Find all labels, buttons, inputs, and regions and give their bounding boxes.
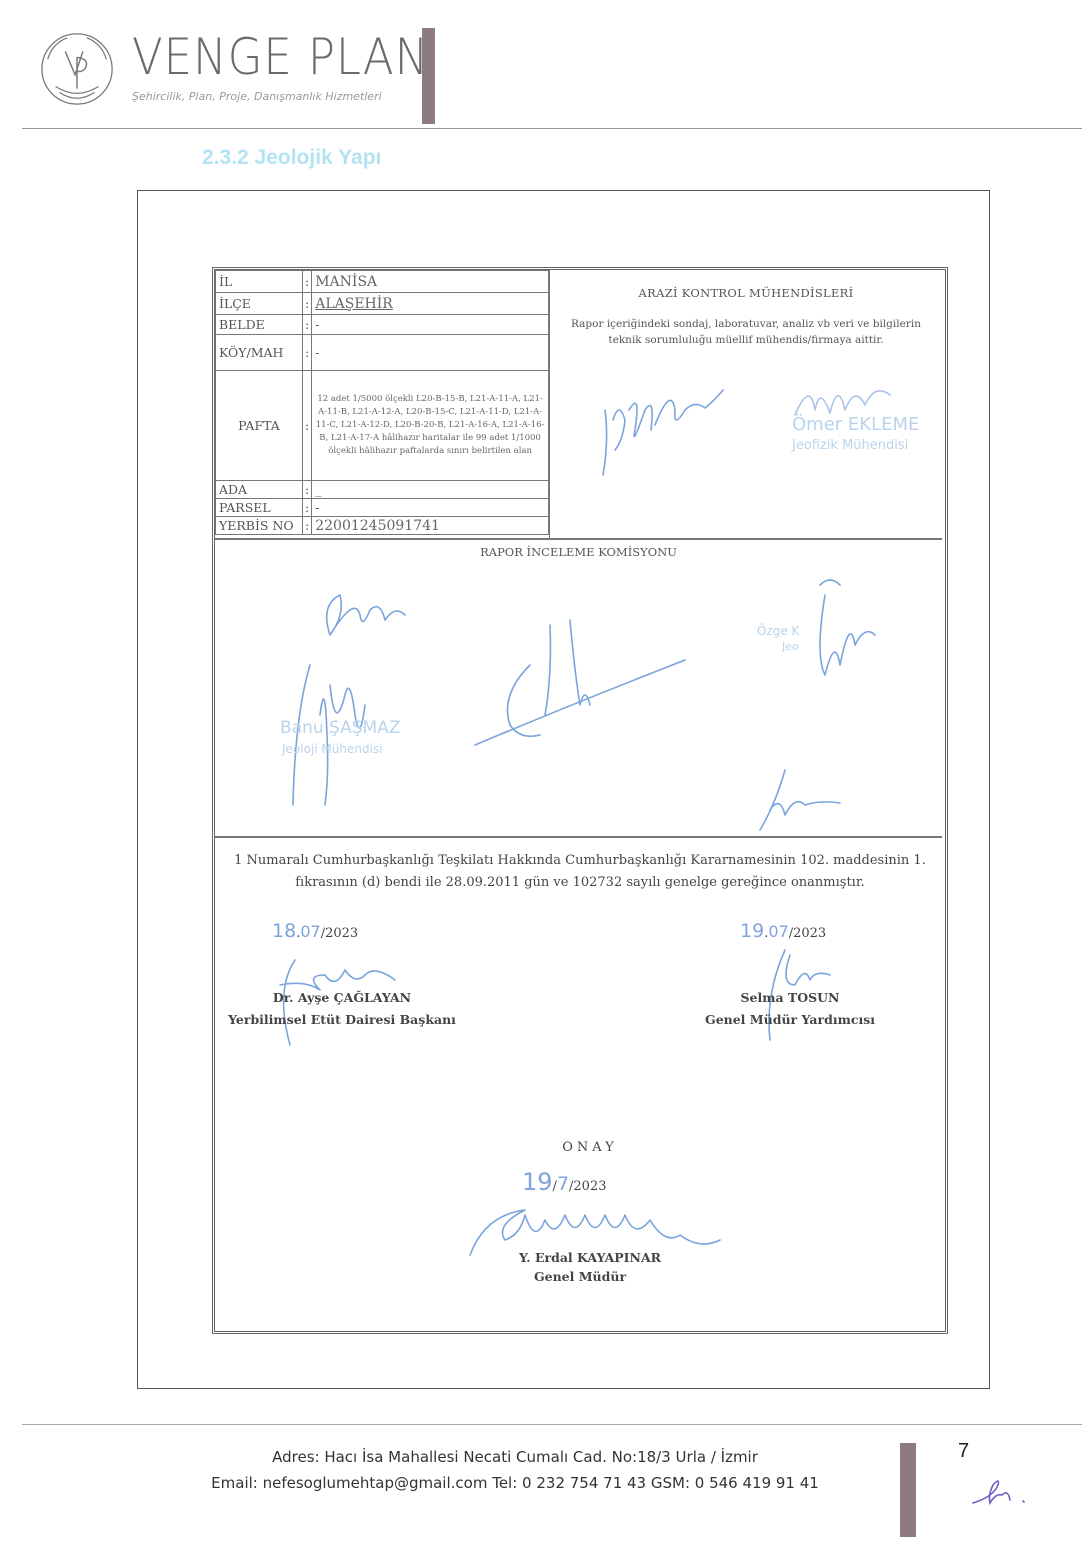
stamp-name: Ömer EKLEME [792,414,919,435]
signatory-date-2: 19.07/2023 [740,920,890,942]
footer-divider [22,1424,1082,1425]
row-separator: : [303,517,312,535]
row-value: _ [312,481,549,499]
handwritten-day: 19 [740,920,764,942]
row-label: İL [216,271,303,293]
stamp-partial: Özge K [757,624,799,638]
signatory-date-1: 18.07/2023 [272,920,422,942]
signature-committee-5 [755,765,845,835]
approval-date: 19/7/2023 [522,1168,672,1196]
row-label: İLÇE [216,293,303,315]
signatory-title: Yerbilimsel Etüt Dairesi Başkanı [222,1012,462,1027]
footer-address: Adres: Hacı İsa Mahallesi Necati Cumalı … [160,1444,870,1470]
handwritten-day: 19 [522,1168,553,1196]
table-row: PAFTA : 12 adet 1/5000 ölçekli L20-B-15-… [216,371,549,481]
section-divider [215,836,942,838]
row-value: 22001245091741 [312,517,549,535]
footer-contact-line: Email: nefesoglumehtap@gmail.com Tel: 0 … [160,1470,870,1496]
approval-label: ONAY [470,1140,710,1155]
table-row: BELDE : - [216,315,549,335]
row-label: ADA [216,481,303,499]
table-row: KÖY/MAH : - [216,335,549,371]
row-label: KÖY/MAH [216,335,303,371]
date-year: /2023 [789,926,826,941]
field-engineers-note: Rapor içeriğindeki sondaj, laboratuvar, … [560,316,932,348]
row-separator: : [303,315,312,335]
header-divider [22,128,1082,129]
venge-plan-logo-icon [38,30,116,108]
signatory-name: Dr. Ayşe ÇAĞLAYAN [222,990,462,1005]
stamp-title: Jeofizik Mühendisi [792,438,908,453]
field-engineers-title: ARAZİ KONTROL MÜHENDİSLERİ [550,286,942,300]
approval-legal-text: 1 Numaralı Cumhurbaşkanlığı Teşkilatı Ha… [225,850,935,894]
table-row: ADA : _ [216,481,549,499]
handwritten-month: 7 [557,1173,569,1195]
handwritten-month: 07 [768,922,788,941]
section-title: 2.3.2 Jeolojik Yapı [202,146,381,170]
table-row: PARSEL : - [216,499,549,517]
date-year: /2023 [321,926,358,941]
footer-contact: Adres: Hacı İsa Mahallesi Necati Cumalı … [160,1444,870,1496]
approver-title: Genel Müdür [480,1269,680,1284]
signatory-name: Selma TOSUN [690,990,890,1005]
stamp-name: Banu ŞAŞMAZ [280,718,401,738]
row-label: PAFTA [216,371,303,481]
row-label: PARSEL [216,499,303,517]
stamp-title: Jeoloji Mühendisi [282,742,383,756]
row-separator: : [303,335,312,371]
page-number: 7 [958,1440,969,1463]
table-row: İL : MANİSA [216,271,549,293]
row-label: YERBİS NO [216,517,303,535]
stamp-partial: Jeo [782,640,799,653]
row-value: - [312,335,549,371]
row-separator: : [303,371,312,481]
row-value: ALAŞEHİR [312,293,549,315]
row-separator: : [303,293,312,315]
row-separator: : [303,271,312,293]
table-row: İLÇE : ALAŞEHİR [216,293,549,315]
approver-name: Y. Erdal KAYAPINAR [480,1250,700,1265]
signatory-title: Genel Müdür Yardımcısı [690,1012,890,1027]
footer-accent-bar [900,1443,916,1537]
signature-field-engineer-1 [595,380,735,480]
date-year: /2023 [569,1179,606,1194]
column-divider [549,270,550,538]
signature-committee-3 [470,615,690,750]
section-divider [215,538,942,540]
row-value: - [312,499,549,517]
brand-name: VENGE PLAN [132,28,429,86]
row-separator: : [303,481,312,499]
signature-committee-4 [795,575,885,685]
brand-accent-bar [422,28,435,124]
signature-committee-1 [300,585,420,645]
row-value: 12 adet 1/5000 ölçekli L20-B-15-B, L21-A… [312,371,549,481]
row-value: MANİSA [312,271,549,293]
review-committee-title: RAPOR İNCELEME KOMİSYONU [215,545,942,559]
table-row: YERBİS NO : 22001245091741 [216,517,549,535]
brand-tagline: Şehircilik, Plan, Proje, Danışmanlık Hiz… [132,90,382,103]
initials-signature [968,1475,1038,1510]
parcel-info-table: İL : MANİSA İLÇE : ALAŞEHİR BELDE : - KÖ… [215,270,549,535]
handwritten-month: 07 [300,922,320,941]
row-label: BELDE [216,315,303,335]
handwritten-day: 18 [272,920,296,942]
row-separator: : [303,499,312,517]
row-value: - [312,315,549,335]
